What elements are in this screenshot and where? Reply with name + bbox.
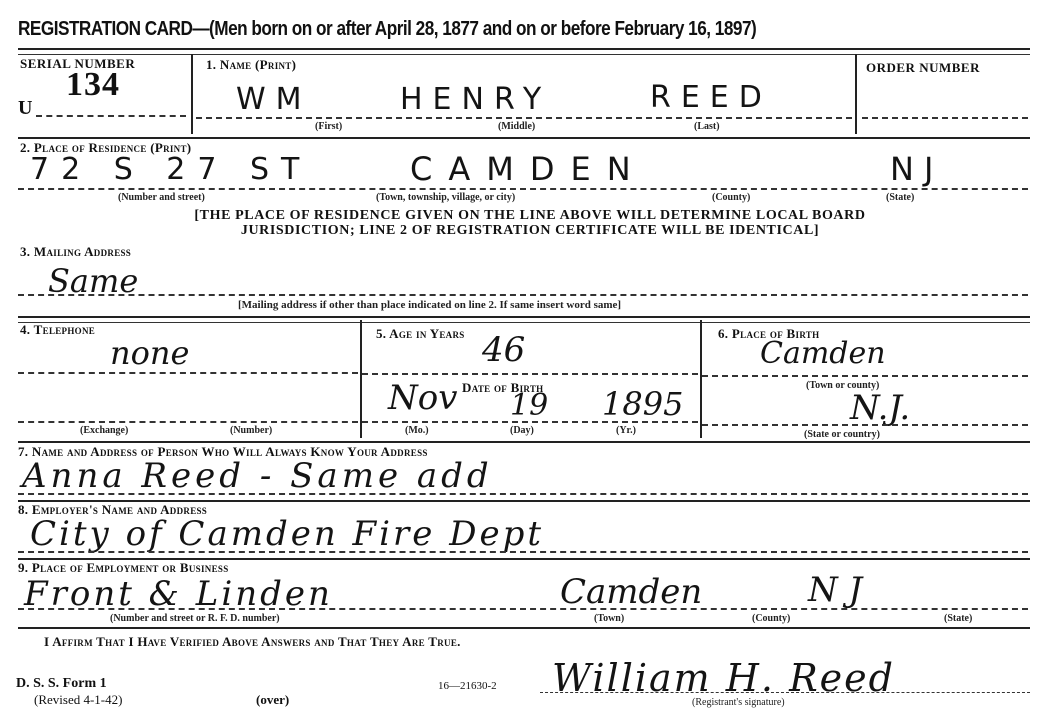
notice-line-2: JURISDICTION; LINE 2 OF REGISTRATION CER…	[80, 223, 980, 238]
age-value[interactable]: 46	[482, 330, 525, 370]
form-revised: (Revised 4-1-42)	[34, 692, 122, 708]
name-middle[interactable]: HENRY	[400, 82, 551, 117]
mailing-note: [Mailing address if other than place ind…	[238, 299, 621, 311]
employment-sub-street: (Number and street or R. F. D. number)	[110, 613, 280, 624]
residence-state[interactable]: NJ	[890, 150, 943, 188]
notice-line-1: [THE PLACE OF RESIDENCE GIVEN ON THE LIN…	[80, 208, 980, 223]
employment-sub-town: (Town)	[594, 613, 624, 624]
age-label: 5. Age in Years	[376, 326, 465, 342]
mailing-address-label: 3. Mailing Address	[20, 244, 131, 260]
dob-sub-year: (Yr.)	[616, 425, 636, 436]
residence-notice: [THE PLACE OF RESIDENCE GIVEN ON THE LIN…	[80, 208, 980, 238]
telephone-line-1	[18, 372, 358, 374]
mailing-line	[18, 294, 1028, 296]
form-number: D. S. S. Form 1	[16, 676, 107, 692]
residence-sub-state: (State)	[886, 192, 914, 203]
name-label: 1. Name (Print)	[206, 57, 296, 73]
residence-line	[18, 188, 1028, 190]
telephone-value[interactable]: none	[110, 334, 189, 372]
row-rule	[18, 441, 1030, 443]
dob-sub-month: (Mo.)	[405, 425, 429, 436]
signature-line	[540, 692, 1030, 693]
top-rule	[18, 48, 1030, 55]
serial-prefix: U	[18, 97, 32, 120]
employment-state[interactable]: N J	[808, 570, 862, 610]
row-rule	[18, 137, 1030, 139]
telephone-sub-number: (Number)	[230, 425, 272, 436]
name-line	[196, 117, 852, 119]
birthplace-sub-state: (State or country)	[804, 429, 880, 440]
row-rule	[18, 627, 1030, 629]
telephone-line-2	[18, 421, 358, 423]
employer-line	[18, 551, 1028, 553]
over-note: (over)	[256, 692, 289, 708]
print-code: 16—21630-2	[438, 680, 497, 692]
serial-number-value: 134	[66, 66, 120, 104]
contact-line	[18, 493, 1028, 495]
dob-year[interactable]: 1895	[602, 385, 683, 423]
residence-sub-county: (County)	[712, 192, 750, 203]
order-number-label: ORDER NUMBER	[866, 60, 980, 76]
residence-street[interactable]: 72 S 27 ST	[30, 152, 311, 187]
telephone-label: 4. Telephone	[20, 322, 95, 338]
employment-town[interactable]: Camden	[560, 572, 702, 612]
serial-line	[36, 115, 186, 117]
name-sub-first: (First)	[315, 121, 342, 132]
age-line	[362, 373, 698, 375]
birthplace-town[interactable]: Camden	[760, 336, 886, 371]
employment-sub-state: (State)	[944, 613, 972, 624]
dob-day[interactable]: 19	[510, 388, 548, 423]
residence-sub-street: (Number and street)	[118, 192, 205, 203]
telephone-sub-exchange: (Exchange)	[80, 425, 128, 436]
employment-sub-county: (County)	[752, 613, 790, 624]
divider	[855, 54, 857, 134]
signature-label: (Registrant's signature)	[692, 697, 785, 708]
employer-value[interactable]: City of Camden Fire Dept	[30, 514, 544, 554]
affirmation-text: I Affirm That I Have Verified Above Answ…	[44, 634, 461, 650]
divider	[700, 320, 702, 438]
residence-sub-town: (Town, township, village, or city)	[376, 192, 515, 203]
registrant-signature[interactable]: William H. Reed	[552, 656, 895, 700]
employment-line	[18, 608, 1028, 610]
name-sub-last: (Last)	[694, 121, 720, 132]
contact-value[interactable]: Anna Reed - Same add	[22, 456, 493, 496]
residence-town[interactable]: CAMDEN	[410, 150, 647, 188]
birthplace-state[interactable]: N.J.	[850, 388, 910, 428]
dob-line	[362, 421, 698, 423]
birthplace-line-2	[702, 424, 1028, 426]
name-sub-middle: (Middle)	[498, 121, 535, 132]
dob-month[interactable]: Nov	[388, 378, 457, 418]
birthplace-line-1	[702, 375, 1028, 377]
name-first[interactable]: WM	[236, 82, 312, 117]
row-rule	[18, 316, 1030, 323]
name-last[interactable]: REED	[650, 80, 772, 115]
divider	[191, 54, 193, 134]
order-number-line[interactable]	[862, 117, 1028, 119]
dob-sub-day: (Day)	[510, 425, 534, 436]
card-title: REGISTRATION CARD—(Men born on or after …	[18, 18, 756, 41]
